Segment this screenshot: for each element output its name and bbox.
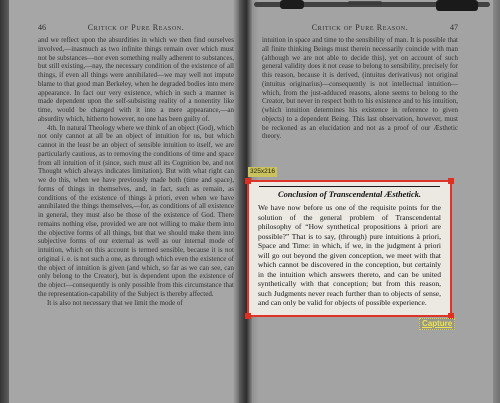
paragraph: and we reflect upon the absurdities in w… [38, 36, 234, 124]
scan-artifact [280, 0, 304, 9]
selection-handle-top-left[interactable] [245, 178, 251, 184]
page-header-left: 46 Critick of Pure Reason. [38, 23, 234, 35]
capture-button[interactable]: Capture [419, 318, 455, 330]
book-right-edge [493, 0, 500, 403]
capture-selection-rectangle[interactable]: Conclusion of Transcendental Æsthetick. … [247, 180, 452, 317]
running-title-right: Critick of Pure Reason. [262, 23, 458, 32]
paragraph: 4th. In natural Theology where we think … [38, 124, 234, 299]
section-heading: Conclusion of Transcendental Æsthetick. [258, 190, 441, 199]
section-paragraph: We have now before us one of the requisi… [258, 203, 441, 308]
book-page-left: 46 Critick of Pure Reason. and we reflec… [9, 0, 239, 403]
selection-handle-bottom-left[interactable] [245, 313, 251, 319]
paragraph: It is also not necessary that we limit t… [38, 299, 234, 308]
page-number-right: 47 [450, 23, 458, 32]
page-body-right: intuition in space and time to the sensi… [262, 36, 458, 141]
scan-artifact [348, 1, 382, 5]
screen-capture-view: 46 Critick of Pure Reason. and we reflec… [0, 0, 500, 403]
paragraph: intuition in space and time to the sensi… [262, 36, 458, 141]
book-left-edge [0, 0, 9, 403]
page-body-left: and we reflect upon the absurdities in w… [38, 36, 234, 307]
scan-artifact [436, 0, 478, 11]
running-title-left: Critick of Pure Reason. [38, 23, 234, 32]
section-divider-rule [259, 186, 440, 187]
selection-dimensions-label: 325x216 [248, 167, 277, 177]
page-number-left: 46 [38, 23, 46, 32]
selection-handle-top-right[interactable] [448, 178, 454, 184]
page-header-right: Critick of Pure Reason. 47 [262, 23, 458, 35]
